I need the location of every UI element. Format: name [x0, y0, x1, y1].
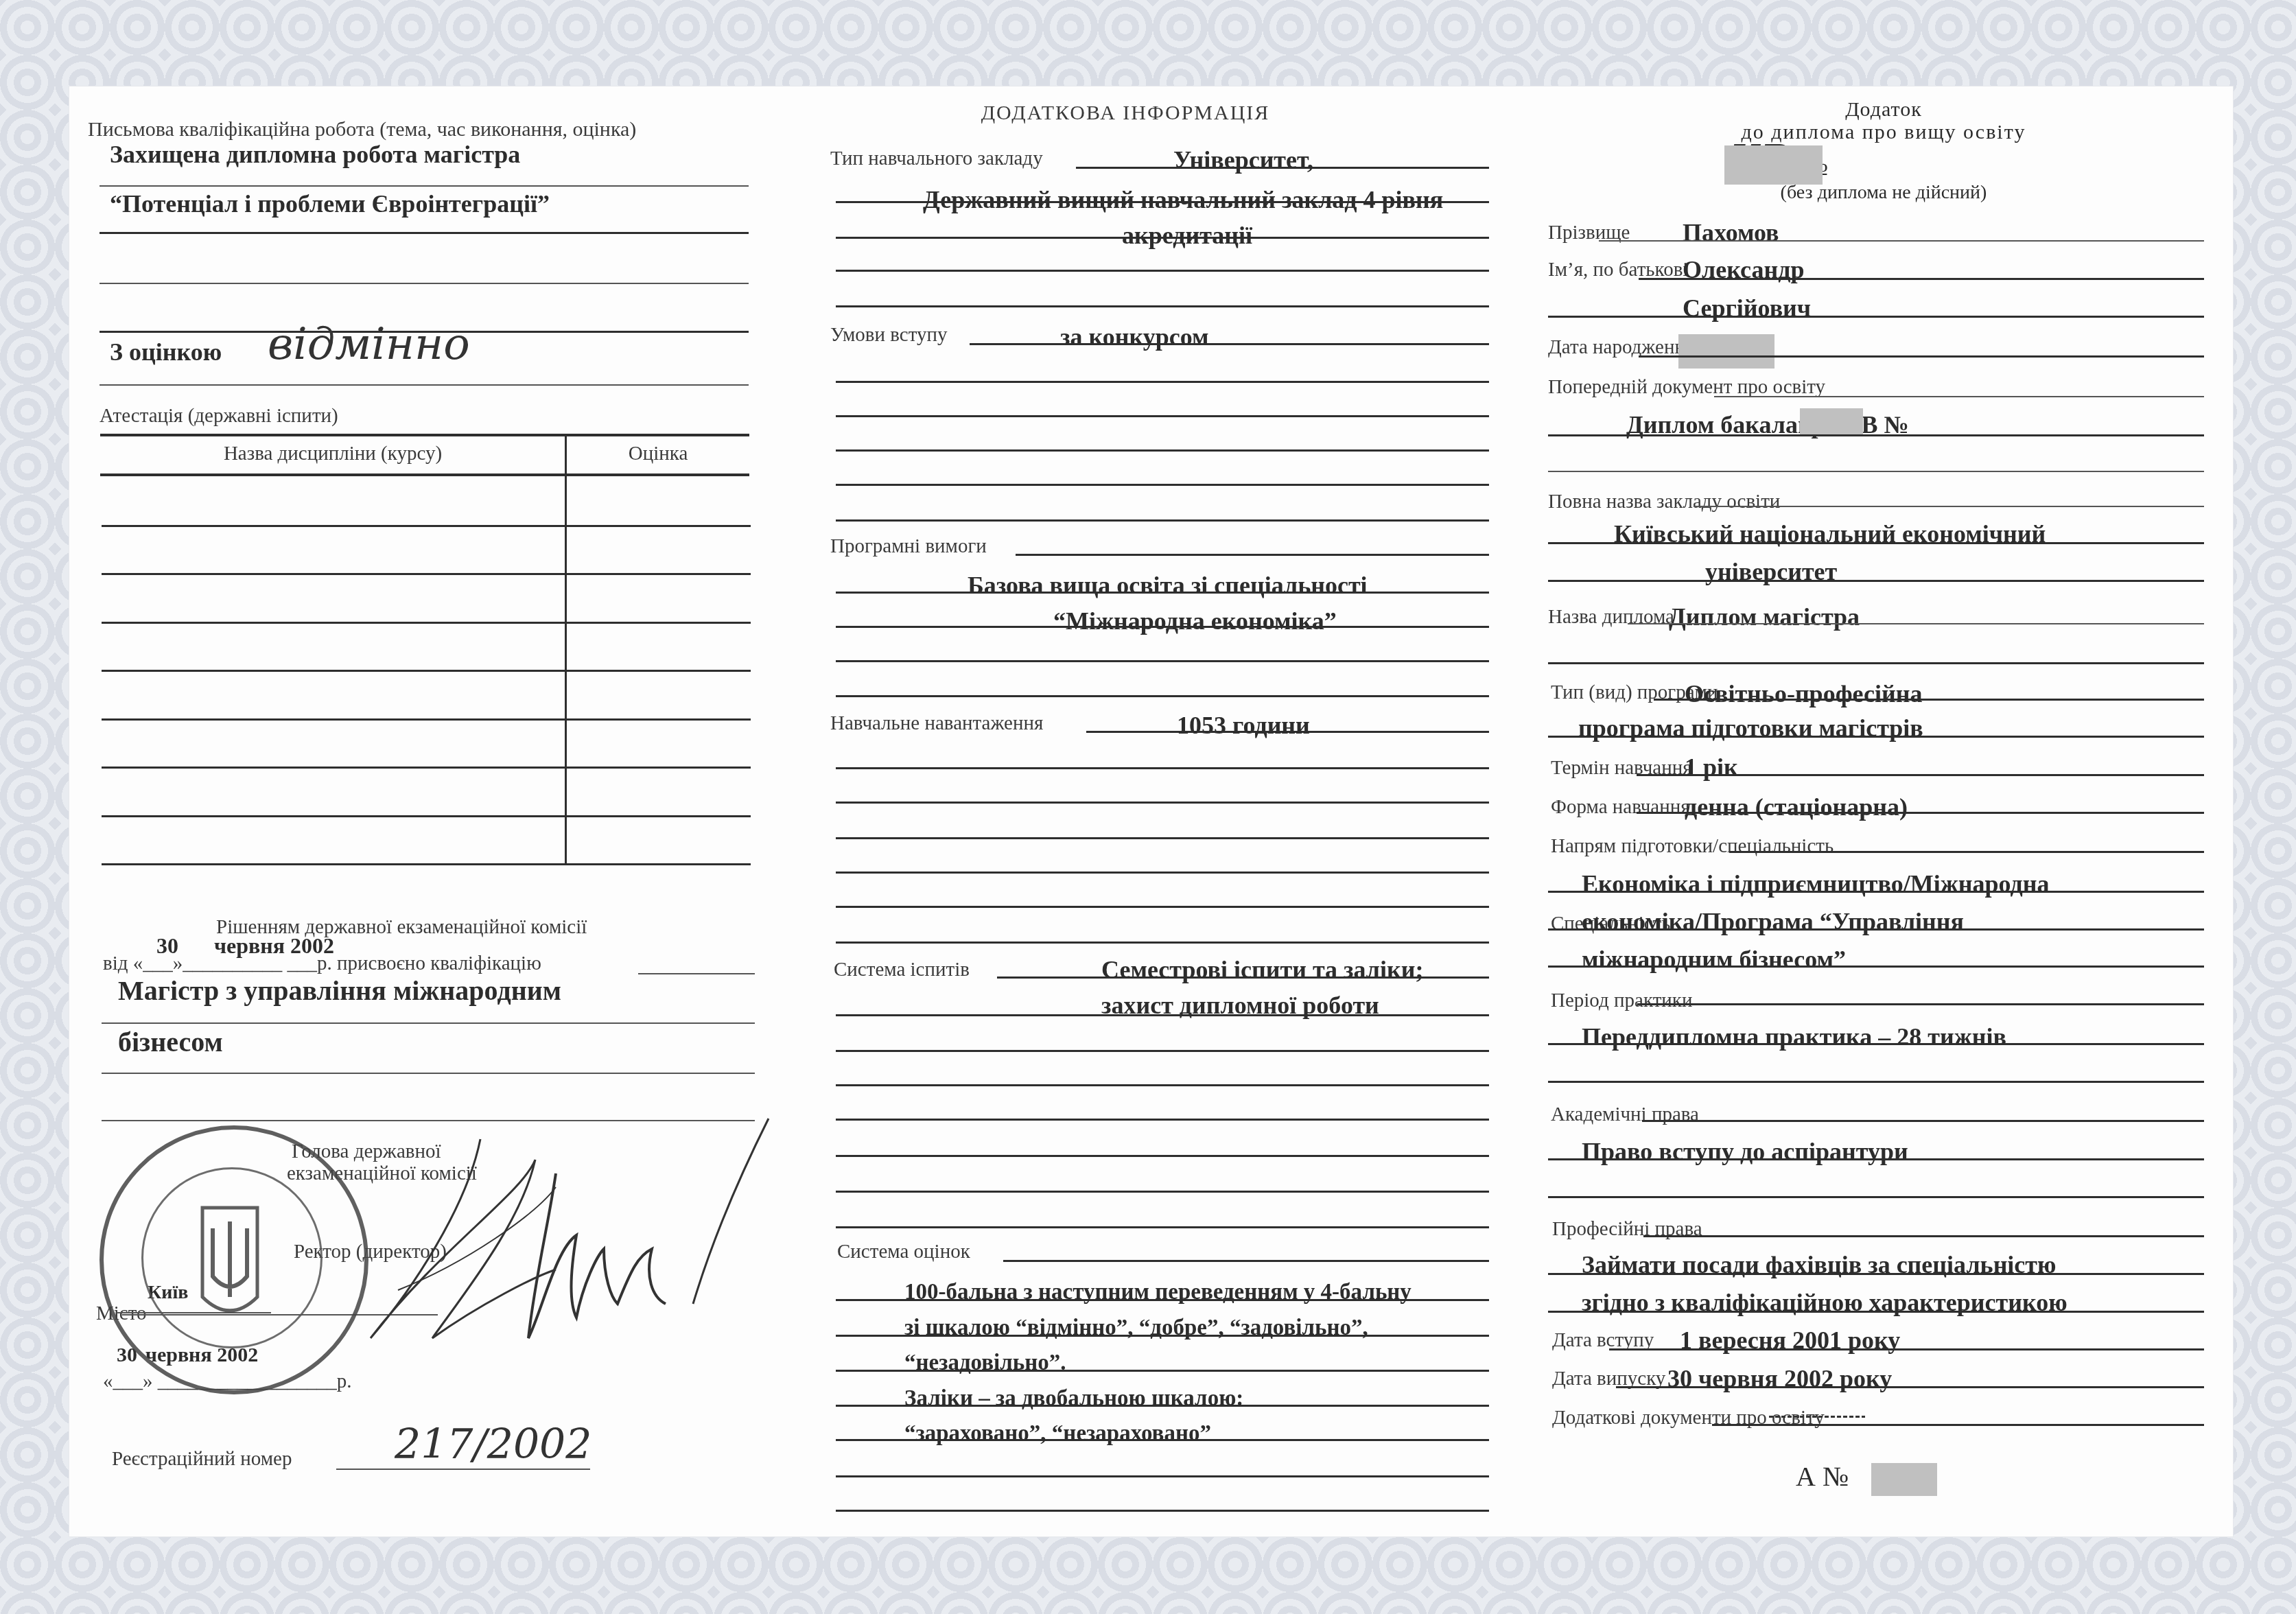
- rule: [1639, 355, 2204, 358]
- qualification-line-2: бізнесом: [118, 1026, 223, 1058]
- study-form-label: Форма навчання: [1551, 796, 1690, 819]
- institution-type-value-3: акредитації: [1122, 221, 1252, 250]
- rule: [1548, 1273, 2204, 1275]
- table-row: [102, 815, 751, 817]
- rule: [836, 415, 1489, 417]
- rule: [836, 305, 1489, 307]
- rule: [836, 484, 1489, 486]
- table-row: [102, 670, 751, 672]
- rule: [1548, 542, 2204, 544]
- rule: [1729, 851, 2204, 853]
- redacted-previous-document-number: [1800, 408, 1863, 434]
- rule: [836, 1439, 1489, 1441]
- program-requirements-label: Програмні вимоги: [830, 535, 987, 558]
- thesis-label: Письмова кваліфікаційна робота (тема, ча…: [88, 118, 636, 141]
- thesis-line-2: “Потенціал і проблеми Євроінтеграції”: [110, 189, 550, 218]
- rule: [836, 1475, 1489, 1477]
- form-number-label: А №: [1796, 1460, 1849, 1493]
- rule: [1599, 240, 2204, 242]
- redacted-birth-date: [1678, 334, 1774, 369]
- rule: [836, 1370, 1489, 1372]
- rule: [836, 695, 1489, 697]
- exam-system-value-1: Семестрові іспити та заліки;: [1101, 955, 1424, 984]
- institution-type-value-2: Державний вищий навчальний заклад 4 рівн…: [923, 185, 1443, 214]
- grading-system-value-4: Заліки – за двобальною шкалою:: [904, 1386, 1243, 1412]
- rule: [1637, 774, 2204, 776]
- rule: [1654, 699, 2204, 701]
- rule: [1548, 316, 2204, 318]
- surname-value: Пахомов: [1683, 218, 1779, 247]
- table-top-rule: [100, 434, 749, 436]
- rule: [1548, 1196, 2204, 1198]
- academic-rights-value: Право вступу до аспірантури: [1582, 1137, 1908, 1166]
- rule: [1548, 966, 2204, 968]
- rule: [1712, 1424, 2204, 1426]
- rule: [1609, 1348, 2204, 1350]
- rule: [1548, 434, 2204, 436]
- rule: [1016, 554, 1489, 556]
- institution-type-label: Тип навчального закладу: [830, 148, 1043, 170]
- decision-line: від «___»__________ ___р. присвоєно квал…: [103, 952, 541, 975]
- program-requirements-value-1: Базова вища освіта зі спеціальності: [968, 571, 1368, 600]
- duration-value: 1 рік: [1685, 753, 1738, 782]
- table-header-discipline: Назва дисципліни (курсу): [100, 443, 565, 465]
- grade-handwritten: відмінно: [268, 319, 470, 370]
- rule: [836, 237, 1489, 239]
- admission-value: за конкурсом: [1060, 323, 1209, 351]
- rule: [836, 837, 1489, 839]
- grading-system-value-5: “зараховано”, “незараховано”: [904, 1421, 1211, 1447]
- rule: [1548, 1043, 2204, 1045]
- reg-number-label: Реєстраційний номер: [112, 1448, 292, 1471]
- practice-value: Переддипломна практика – 28 тижнів: [1582, 1022, 2006, 1051]
- table-row: [102, 622, 751, 624]
- rule: [1694, 506, 2204, 507]
- exam-system-label: Система іспитів: [834, 959, 970, 981]
- rule: [99, 185, 749, 187]
- rule: [836, 201, 1489, 203]
- rule: [836, 1119, 1489, 1121]
- rule: [99, 232, 749, 234]
- program-type-value-1: Освітньо-професійна: [1685, 679, 1922, 708]
- extra-documents-label: Додаткові документи про освіту: [1552, 1407, 1825, 1429]
- rule: [1548, 471, 2204, 472]
- rule: [836, 1405, 1489, 1407]
- professional-rights-label: Професійні права: [1552, 1218, 1702, 1241]
- rule: [836, 1050, 1489, 1052]
- rule: [1076, 167, 1489, 169]
- rule: [836, 767, 1489, 769]
- redacted-form-number: [1871, 1463, 1937, 1496]
- additional-info-title: ДОДАТКОВА ІНФОРМАЦІЯ: [837, 102, 1414, 125]
- practice-label: Період практики: [1551, 990, 1692, 1012]
- rule: [836, 906, 1489, 908]
- rule: [1548, 891, 2204, 893]
- field-value-1: Економіка і підприємництво/Міжнародна: [1582, 869, 2049, 898]
- rule: [1616, 1386, 2204, 1388]
- rule: [836, 381, 1489, 383]
- institution-type-value: Університет,: [1173, 145, 1313, 174]
- rule: [836, 626, 1489, 628]
- official-seal: [99, 1125, 368, 1394]
- patronymic-value: Сергійович: [1683, 294, 1811, 323]
- rule: [1548, 1311, 2204, 1313]
- workload-value: 1053 години: [1177, 711, 1310, 740]
- study-form-value: денна (стаціонарна): [1685, 793, 1908, 821]
- rule: [836, 872, 1489, 874]
- rule: [1637, 812, 2204, 814]
- diploma-name-label: Назва диплома: [1548, 606, 1674, 629]
- field-label: Напрям підготовки/спеціальність: [1551, 835, 1834, 858]
- rule: [1548, 928, 2204, 931]
- rule: [836, 1191, 1489, 1193]
- rule: [836, 519, 1489, 522]
- rule: [1628, 623, 2204, 624]
- dashed-filler: [1769, 1416, 1865, 1418]
- rule: [336, 1469, 590, 1470]
- rule: [836, 1084, 1489, 1086]
- grading-system-value-1: 100-бальна з наступним переведенням у 4-…: [904, 1280, 1411, 1305]
- trident-emblem-icon: [99, 1125, 360, 1386]
- rule: [1548, 662, 2204, 664]
- field-value-2: економіка/Програма “Управління: [1582, 907, 1964, 936]
- rule: [836, 1335, 1489, 1337]
- rule: [836, 1299, 1489, 1301]
- academic-rights-label: Академічні права: [1551, 1103, 1699, 1126]
- rule: [836, 592, 1489, 594]
- rule: [99, 283, 749, 284]
- rule: [836, 1510, 1489, 1512]
- workload-label: Навчальне навантаження: [830, 712, 1043, 735]
- rule: [1086, 731, 1489, 733]
- rule: [1637, 1003, 2204, 1005]
- graduation-date-value: 30 червня 2002 року: [1667, 1364, 1892, 1393]
- rule: [102, 1073, 755, 1074]
- attestation-label: Атестація (державні іспити): [99, 405, 338, 428]
- diploma-name-value: Диплом магістра: [1669, 603, 1860, 631]
- grade-label: З оцінкою: [110, 338, 222, 366]
- rule: [1003, 1260, 1489, 1262]
- signature-icon: [329, 1112, 878, 1455]
- rule: [997, 976, 1489, 979]
- rule: [1642, 1120, 2204, 1122]
- rule: [836, 449, 1489, 452]
- table-row: [102, 767, 751, 769]
- table-header-rule: [100, 473, 749, 476]
- rule: [102, 1022, 755, 1024]
- rule: [836, 1226, 1489, 1228]
- rule: [836, 1014, 1489, 1016]
- supplement-title: Додаток: [1613, 98, 2155, 121]
- institution-name-label: Повна назва закладу освіти: [1548, 491, 1780, 513]
- rule: [836, 660, 1489, 662]
- rule: [99, 384, 749, 386]
- grading-system-value-3: “незадовільно”.: [904, 1350, 1066, 1376]
- validity-note: (без диплома не дійсний): [1613, 182, 2155, 204]
- redacted-diploma-number: [1724, 145, 1823, 185]
- program-type-value-2: програма підготовки магістрів: [1578, 714, 1923, 742]
- qualification-line-1: Магістр з управління міжнародним: [118, 974, 561, 1007]
- thesis-line-1: Захищена дипломна робота магістра: [110, 140, 520, 169]
- rule: [1548, 736, 2204, 738]
- rule: [1548, 1158, 2204, 1160]
- rule: [1548, 580, 2204, 582]
- rule: [1548, 1081, 2204, 1083]
- rule: [1639, 278, 2204, 280]
- grading-system-label: Система оцінок: [837, 1241, 970, 1263]
- program-requirements-value-2: “Міжнародна економіка”: [1053, 607, 1337, 635]
- rule: [836, 1155, 1489, 1157]
- duration-label: Термін навчання: [1551, 757, 1692, 780]
- rule: [836, 270, 1489, 272]
- supplement-subtitle: до диплома про вищу освіту: [1613, 121, 2155, 144]
- rule: [638, 973, 755, 974]
- field-value-3: міжнародним бізнесом”: [1582, 945, 1846, 974]
- rule: [836, 941, 1489, 944]
- rule: [970, 343, 1489, 345]
- table-row: [102, 863, 751, 865]
- rule: [1643, 1235, 2204, 1237]
- table-column-divider: [565, 435, 567, 864]
- table-header-grade: Оцінка: [567, 443, 749, 465]
- table-row: [102, 718, 751, 721]
- rule: [1714, 396, 2204, 397]
- admission-label: Умови вступу: [830, 324, 948, 347]
- table-row: [102, 525, 751, 527]
- rule: [836, 802, 1489, 804]
- grading-system-value-2: зі шкалою “відмінно”, “добре”, “задовіль…: [904, 1315, 1368, 1341]
- reg-number-handwritten: 217/2002: [395, 1420, 591, 1469]
- table-row: [102, 573, 751, 575]
